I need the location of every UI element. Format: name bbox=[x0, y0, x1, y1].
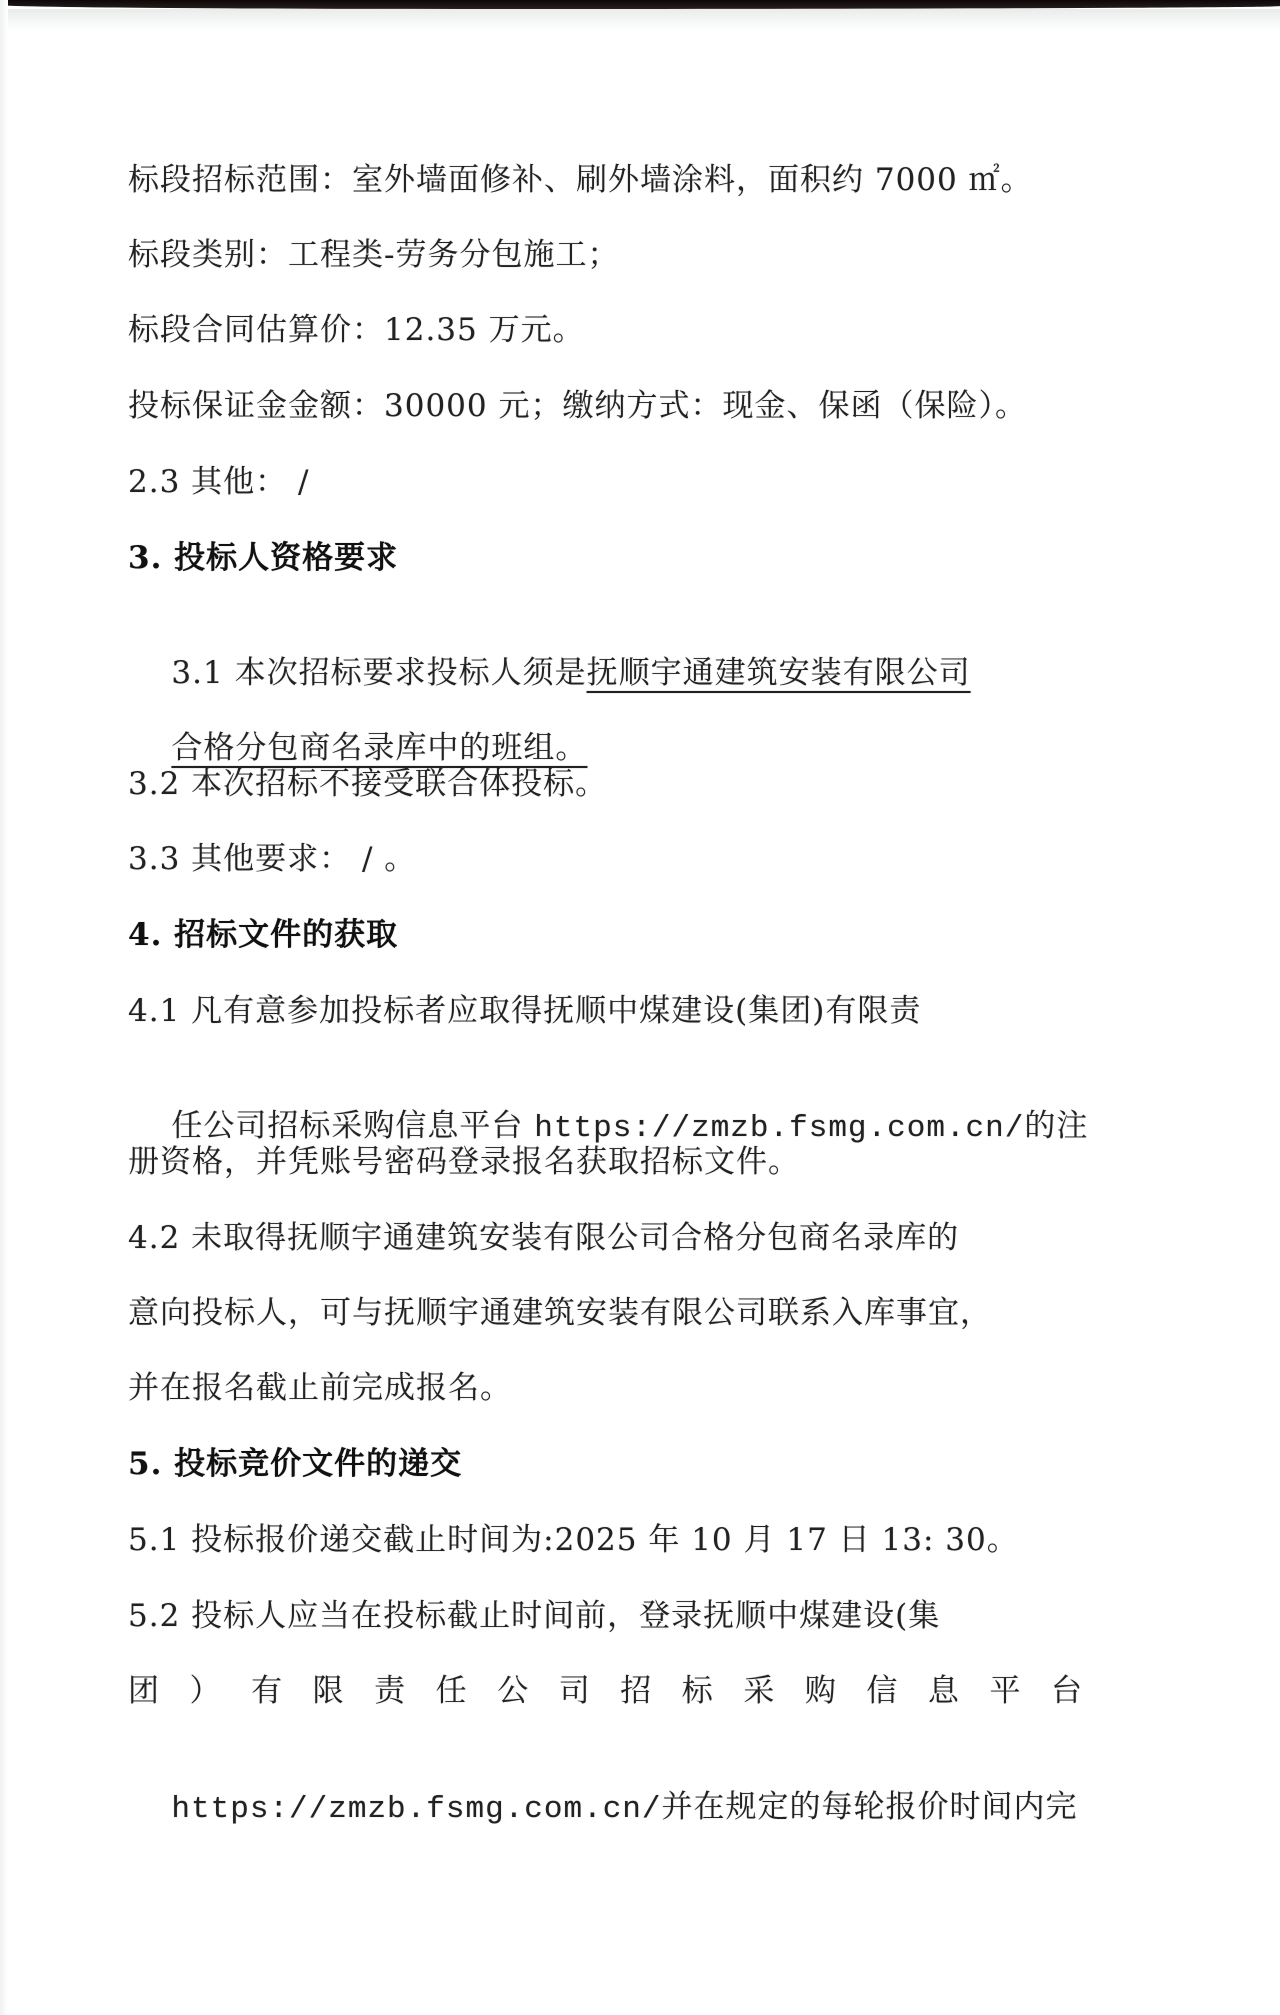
contract-estimate-line: 标段合同估算价：12.35 万元。 bbox=[128, 310, 585, 350]
section-4-2-line-1: 4.2 未取得抚顺宇通建筑安装有限公司合格分包商名录库的 bbox=[128, 1218, 959, 1258]
platform-url-link: https://zmzb.fsmg.com.cn/ bbox=[534, 1111, 1024, 1146]
section-5-2-line-1: 5.2 投标人应当在投标截止时间前，登录抚顺中煤建设(集 bbox=[128, 1596, 940, 1636]
section-2-3-line: 2.3 其他： / bbox=[128, 462, 309, 502]
section-4-1-line-1: 4.1 凡有意参加投标者应取得抚顺中煤建设(集团)有限责 bbox=[128, 991, 921, 1031]
section-5-heading: 5. 投标竞价文件的递交 bbox=[128, 1444, 462, 1484]
section-3-1-underlined-company: 抚顺宇通建筑安装有限公司 bbox=[587, 655, 971, 691]
bid-deposit-line: 投标保证金金额：30000 元；缴纳方式：现金、保函（保险）。 bbox=[128, 386, 1027, 426]
section-3-heading: 3. 投标人资格要求 bbox=[128, 538, 398, 578]
section-3-1-prefix: 3.1 本次招标要求投标人须是 bbox=[171, 655, 586, 691]
section-5-2-line-2: 团）有限责任公司招标采购信息平台 bbox=[128, 1671, 1083, 1711]
section-3-1-underlined-roster: 合格分包商名录库中的班组。 bbox=[171, 730, 587, 766]
bid-category-line: 标段类别：工程类-劳务分包施工； bbox=[128, 235, 619, 275]
photo-left-shade bbox=[0, 0, 8, 2015]
section-4-1-line-3: 册资格，并凭账号密码登录报名获取招标文件。 bbox=[128, 1142, 800, 1182]
section-5-1-deadline-line: 5.1 投标报价递交截止时间为:2025 年 10 月 17 日 13: 30。 bbox=[128, 1520, 1019, 1560]
section-3-3-line: 3.3 其他要求： / 。 bbox=[128, 839, 416, 879]
section-3-2-line: 3.2 本次招标不接受联合体投标。 bbox=[128, 764, 607, 804]
section-4-1-text: 任公司招标采购信息平台 bbox=[171, 1108, 534, 1144]
section-4-1-text-tail: 的注 bbox=[1024, 1108, 1088, 1144]
photo-top-edge bbox=[0, 0, 1280, 9]
section-5-2-text-tail: 并在规定的每轮报价时间内完 bbox=[662, 1789, 1078, 1825]
section-5-2-line-3: https://zmzb.fsmg.com.cn/并在规定的每轮报价时间内完 bbox=[128, 1747, 1078, 1870]
photo-top-shade bbox=[0, 9, 1280, 31]
platform-url-link-2: https://zmzb.fsmg.com.cn/ bbox=[171, 1792, 661, 1827]
section-4-2-line-3: 并在报名截止前完成报名。 bbox=[128, 1368, 512, 1408]
section-4-2-line-2: 意向投标人，可与抚顺宇通建筑安装有限公司联系入库事宜， bbox=[128, 1293, 992, 1333]
section-4-heading: 4. 招标文件的获取 bbox=[128, 915, 398, 955]
bid-scope-line: 标段招标范围：室外墙面修补、刷外墙涂料，面积约 7000 ㎡。 bbox=[128, 160, 1033, 200]
